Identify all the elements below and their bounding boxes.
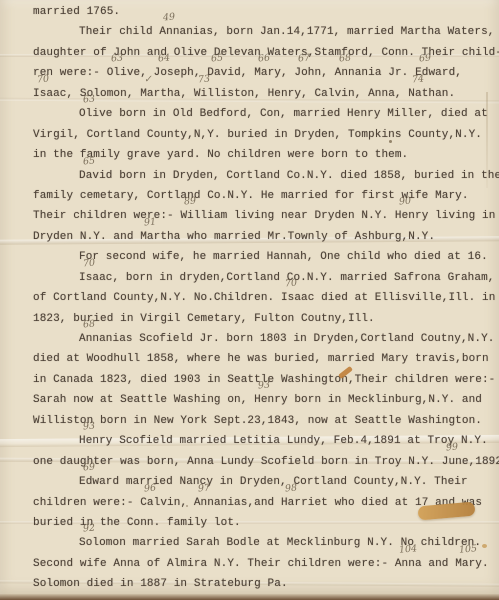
annotated-name: 63Olive <box>107 63 141 83</box>
annotated-name: 104Anna <box>395 554 422 574</box>
annotated-name: 93Henry <box>254 390 288 410</box>
pencil-annotation: 73 <box>197 74 210 84</box>
annotated-name: 70Isaac <box>33 84 67 104</box>
text-line: 65David born in Dryden, Cortland Co.N.Y.… <box>33 166 493 186</box>
text-line: 69Edward married Nancy in Dryden, Cortla… <box>33 472 493 492</box>
pencil-annotation: 92 <box>83 524 96 534</box>
pencil-annotation: 91 <box>144 217 157 227</box>
pencil-annotation: 97 <box>197 483 210 493</box>
annotated-name: 96Calvin <box>140 493 180 513</box>
annotated-name: 93Henry <box>79 431 113 451</box>
pencil-annotation: 96 <box>144 483 157 493</box>
annotated-name: 66Mary <box>254 63 281 83</box>
pencil-annotation: 70 <box>83 258 96 268</box>
annotated-name: 97Annanias <box>194 493 248 513</box>
pencil-annotation: 105 <box>459 544 478 555</box>
document-page: married 1765.Their child 49Annanias, bor… <box>0 0 499 600</box>
pencil-annotation: 63 <box>83 95 96 105</box>
annotated-name: 68Annania <box>335 63 382 83</box>
pencil-annotation: 104 <box>399 544 418 555</box>
annotated-name: 68Annanias <box>79 329 133 349</box>
annotated-name: 67John <box>294 63 321 83</box>
annotated-name: 70Isaac <box>281 288 315 308</box>
text-line: 1823, buried in Virgil Cemetary, Fulton … <box>33 309 493 329</box>
text-line: 93Henry Scofield married Letitia Lundy, … <box>33 431 493 451</box>
annotated-name: 92Solomon <box>79 533 126 553</box>
text-line: Williston born in New York Sept.23,1843,… <box>33 411 493 431</box>
annotated-name: 69Edward <box>79 472 119 492</box>
pencil-annotation: 68 <box>338 54 351 64</box>
text-line: Dryden N.Y. and 91Martha who married Mr.… <box>33 227 493 247</box>
pencil-annotation: 65 <box>211 54 224 64</box>
text-line: Their children were:- 89William living n… <box>33 206 493 226</box>
text-line: in the family grave yard. No children we… <box>33 145 493 165</box>
text-line: 63Olive born in Old Bedford, Con, marrie… <box>33 104 493 124</box>
pencil-annotation: 93 <box>258 381 271 391</box>
pencil-annotation: 74 <box>412 74 425 84</box>
annotated-name: 65David <box>79 166 113 186</box>
pencil-annotation: 89 <box>184 197 197 207</box>
text-line: Sarah now at Seattle Washing on, 93Henry… <box>33 390 493 410</box>
text-line: family cemetary, Cortland Co.N.Y. He mar… <box>33 186 493 206</box>
annotated-name: 91Martha <box>140 227 180 247</box>
annotated-name: 63Olive <box>79 104 113 124</box>
annotated-name: 90Henry <box>395 206 429 226</box>
pencil-annotation: 65 <box>83 156 96 166</box>
text-line: 70Isaac, Solomon, ✓Martha, 73Williston, … <box>33 84 493 104</box>
pencil-annotation: 63 <box>110 54 123 64</box>
pencil-annotation: ✓ <box>144 74 153 84</box>
annotated-name: 98Harriet <box>281 493 328 513</box>
pencil-annotation: 70 <box>285 279 298 289</box>
text-line: 68Annanias Scofield Jr. born 1803 in Dry… <box>33 329 493 349</box>
pencil-annotation: 98 <box>285 483 298 493</box>
annotated-name: 64Joseph <box>154 63 194 83</box>
pencil-annotation: 99 <box>445 442 458 452</box>
pencil-annotation: 90 <box>399 197 412 207</box>
text-line: Second wife Anna of Almira N.Y. Their ch… <box>33 554 493 574</box>
text-line: For second wife, he married Hannah, One … <box>33 247 493 267</box>
page-bottom-edge <box>0 594 499 600</box>
text-line: of Cortland County,N.Y. No.Children. 70I… <box>33 288 493 308</box>
pencil-annotation: 67 <box>298 54 311 64</box>
text-line: Virgil, Cortland County,N,Y. buried in D… <box>33 125 493 145</box>
annotated-name: 89William <box>180 206 227 226</box>
text-line: one daughter was born, Anna Lundy Scofie… <box>33 452 493 472</box>
pencil-annotation: 93 <box>83 422 96 432</box>
pencil-annotation: 68 <box>83 319 96 329</box>
text-line: 92Solomon married Sarah Bodle at Mecklin… <box>33 533 493 553</box>
pencil-annotation: 49 <box>163 13 176 23</box>
annotated-name: 99June,1892. <box>442 452 499 472</box>
pencil-annotation: 64 <box>157 54 170 64</box>
annotated-name: 70Isaac <box>79 268 113 288</box>
annotated-name: 65David <box>207 63 241 83</box>
pencil-annotation: 69 <box>83 463 96 473</box>
text-line: Solomon died in 1887 in Strateburg Pa. <box>33 574 493 594</box>
text-line: married 1765. <box>33 2 493 22</box>
pencil-annotation: 66 <box>258 54 271 64</box>
text-line: Their child 49Annanias, born Jan.14,1771… <box>33 22 493 42</box>
annotated-name: 74Nathan <box>408 84 448 104</box>
annotated-name: 73Williston <box>194 84 254 104</box>
pencil-annotation: 69 <box>419 54 432 64</box>
pencil-annotation: 70 <box>37 74 50 84</box>
annotated-name: 105Mary. <box>455 554 489 574</box>
text-line: 70Isaac, born in dryden,Cortland Co.N.Y.… <box>33 268 493 288</box>
annotated-name: ✓Martha <box>140 84 180 104</box>
text-line: died at Woodhull 1858, where he was buri… <box>33 349 493 369</box>
annotated-name: 49Annanias, <box>159 22 219 42</box>
